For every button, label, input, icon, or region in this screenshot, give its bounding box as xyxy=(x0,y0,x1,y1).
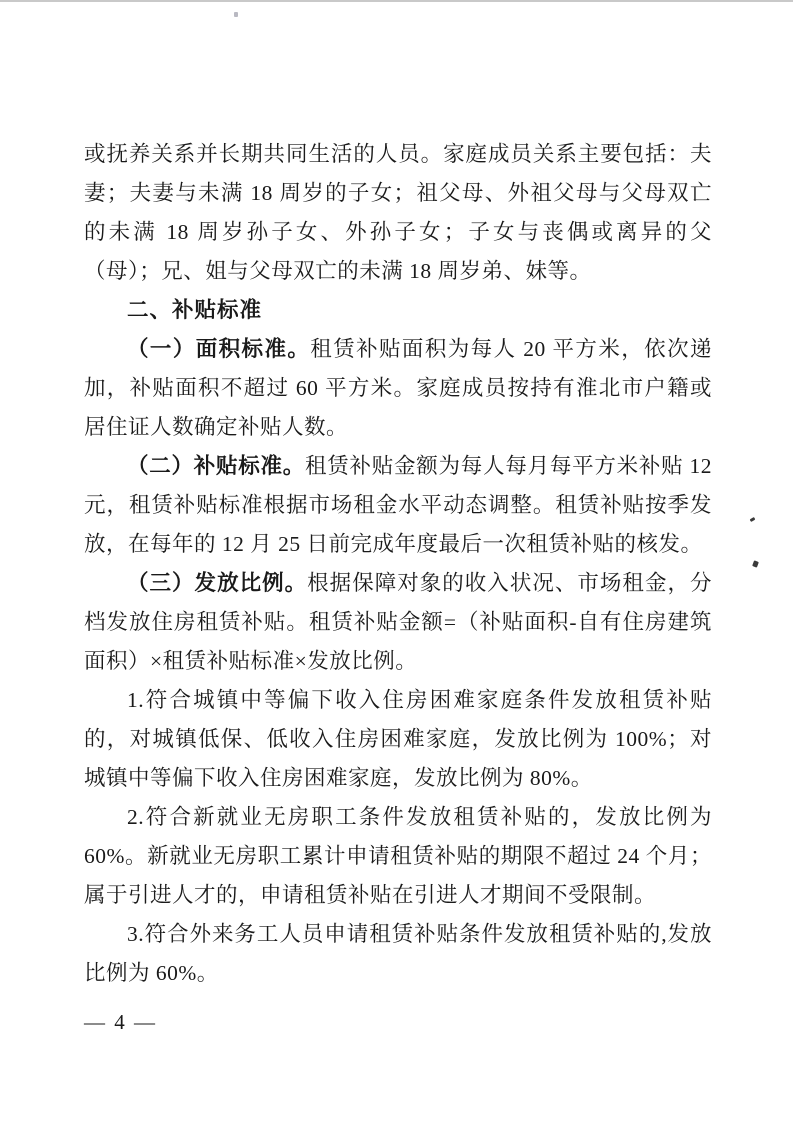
document-body-text: 或抚养关系并长期共同生活的人员。家庭成员关系主要包括：夫妻；夫妻与未满 18 周… xyxy=(84,135,712,993)
paragraph-subsidy-standard: （二）补贴标准。租赁补贴金额为每人每月每平方米补贴 12 元，租赁补贴标准根据市… xyxy=(84,447,712,564)
scan-speck xyxy=(234,12,238,17)
paragraph-item-1-low-income-families: 1.符合城镇中等偏下收入住房困难家庭条件发放租赁补贴的，对城镇低保、低收入住房困… xyxy=(84,681,712,798)
heading-section-2-subsidy-standard: 二、补贴标准 xyxy=(84,291,712,330)
paragraph-text: 2.符合新就业无房职工条件发放租赁补贴的，发放比例为 60%。新就业无房职工累计… xyxy=(84,805,712,907)
paragraph-area-standard: （一）面积标准。租赁补贴面积为每人 20 平方米，依次递加，补贴面积不超过 60… xyxy=(84,330,712,447)
paragraph-item-2-new-employees: 2.符合新就业无房职工条件发放租赁补贴的，发放比例为 60%。新就业无房职工累计… xyxy=(84,798,712,915)
heading-text: 二、补贴标准 xyxy=(127,298,262,322)
scan-speck xyxy=(750,517,756,522)
paragraph-item-3-migrant-workers: 3.符合外来务工人员申请租赁补贴条件发放租赁补贴的,发放比例为 60%。 xyxy=(84,915,712,993)
paragraph-lead: （二）补贴标准。 xyxy=(127,454,305,478)
scan-edge-artifact xyxy=(0,0,793,2)
page-number: — 4 — xyxy=(84,1003,157,1042)
paragraph-text: 3.符合外来务工人员申请租赁补贴条件发放租赁补贴的,发放比例为 60%。 xyxy=(84,922,712,985)
paragraph-text: 1.符合城镇中等偏下收入住房困难家庭条件发放租赁补贴的，对城镇低保、低收入住房困… xyxy=(84,688,712,790)
paragraph-lead: （一）面积标准。 xyxy=(127,337,310,361)
scan-speck xyxy=(752,560,759,567)
paragraph-family-members-continuation: 或抚养关系并长期共同生活的人员。家庭成员关系主要包括：夫妻；夫妻与未满 18 周… xyxy=(84,135,712,291)
paragraph-distribution-ratio: （三）发放比例。根据保障对象的收入状况、市场租金，分档发放住房租赁补贴。租赁补贴… xyxy=(84,564,712,681)
paragraph-lead: （三）发放比例。 xyxy=(127,571,307,595)
paragraph-text: 或抚养关系并长期共同生活的人员。家庭成员关系主要包括：夫妻；夫妻与未满 18 周… xyxy=(84,142,712,283)
scanned-document-page: 或抚养关系并长期共同生活的人员。家庭成员关系主要包括：夫妻；夫妻与未满 18 周… xyxy=(0,0,793,1122)
